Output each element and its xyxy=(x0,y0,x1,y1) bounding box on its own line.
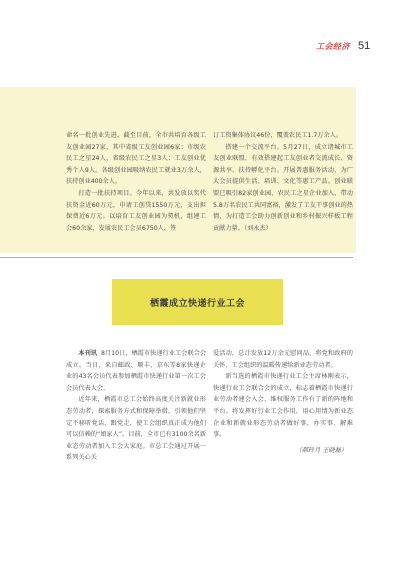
paragraph: 新当选的栖霞市快递行业工会主席林刚表示，快递行业工会联合会的成立，标志着栖霞市快… xyxy=(213,371,353,441)
paragraph: 近年来，栖霞市总工会始终高度关注新就业形态劳动者，探索服务方式和保障举措，引领他… xyxy=(66,394,206,464)
paragraph: 打造一批扶持项目。今年以来，共发放以奖代扶资金近60万元，申请工创贷1550万元… xyxy=(66,188,206,234)
magazine-section-label: 工会经济 xyxy=(316,41,350,52)
article-title-banner: 栖霞成立快递行业工会 xyxy=(112,279,283,325)
bottom-article-right-column: 爱活动，总计发放12万余元慰问品，将党和政府的关怀、工会组织的温暖传递给新业态劳… xyxy=(213,348,353,456)
lead-label: 本刊讯 xyxy=(78,350,97,357)
paragraph: 订工资集体协议46份，覆盖农民工1.7万余人。 xyxy=(213,130,353,142)
paragraph: 搭建一个交流平台。5月27日，成立诸城市工友创业联盟，有效搭建起工友创业者交流成… xyxy=(213,142,353,235)
paragraph: 命名一批创业先进。截至目前，全市共培育各级工友创业园27家，其中省级工友创业园6… xyxy=(66,130,206,188)
yellow-article-left-column: 命名一批创业先进。截至目前，全市共培育各级工友创业园27家，其中省级工友创业园6… xyxy=(66,130,206,234)
author-credit: （郝玲月 王晓磊） xyxy=(213,445,353,457)
paragraph: 爱活动，总计发放12万余元慰问品，将党和政府的关怀、工会组织的温暖传递给新业态劳… xyxy=(213,348,353,371)
section-divider xyxy=(0,257,353,258)
bottom-article-left-column: 本刊讯 8月10日，栖霞市快递行业工会联合会成立。当日，来自邮政、顺丰、京东等8… xyxy=(66,348,206,464)
article-title: 栖霞成立快递行业工会 xyxy=(150,296,245,309)
yellow-article-right-column: 订工资集体协议46份，覆盖农民工1.7万余人。 搭建一个交流平台。5月27日，成… xyxy=(213,130,353,234)
page-header: 工会经济 51 xyxy=(316,38,370,54)
page-number: 51 xyxy=(358,40,370,52)
paragraph: 本刊讯 8月10日，栖霞市快递行业工会联合会成立。当日，来自邮政、顺丰、京东等8… xyxy=(66,348,206,394)
